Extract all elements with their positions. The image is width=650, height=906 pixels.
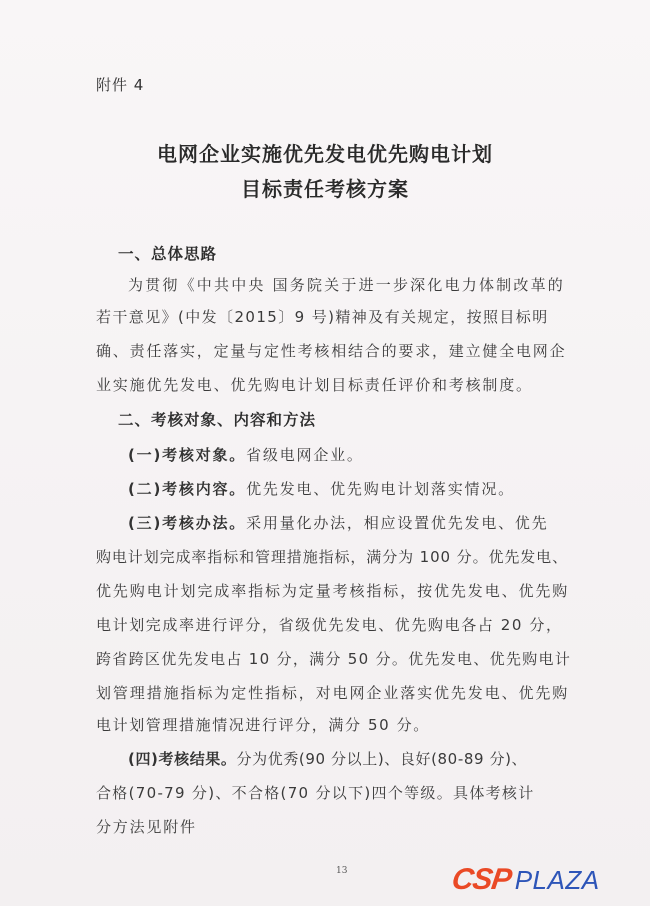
page-number: 13 [336,866,347,876]
item-1-lead: (一)考核对象。 [128,446,246,464]
watermark-plaza-text: PLAZA [515,865,600,896]
document-title-line-2: 目标责任考核方案 [0,173,650,202]
item-3-first-line: 采用量化办法，相应设置优先发电、优先 [246,514,548,532]
item-4-first-line: 分为优秀(90 分以上)、良好(80-89 分)、 [237,750,528,768]
item-2: (二)考核内容。优先发电、优先购电计划落实情况。 [128,478,515,499]
watermark-csp-text: CSP [450,863,513,897]
document-page: 附件 4 电网企业实施优先发电优先购电计划 目标责任考核方案 一、总体思路 为贯… [0,0,650,906]
item-3: (三)考核办法。采用量化办法，相应设置优先发电、优先 [128,512,549,533]
item-4-line-3: 分方法见附件 [96,816,197,837]
item-3-line-2: 购电计划完成率指标和管理措施指标，满分为 100 分。优先发电、 [96,546,568,567]
item-3-line-6: 划管理措施指标为定性指标，对电网企业落实优先发电、优先购 [96,682,569,703]
section-1-line-1: 为贯彻《中共中央 国务院关于进一步深化电力体制改革的 [128,274,565,295]
item-3-line-4: 电计划完成率进行评分，省级优先发电、优先购电各占 20 分， [96,614,563,635]
item-4-line-2: 合格(70-79 分)、不合格(70 分以下)四个等级。具体考核计 [96,782,535,803]
item-2-lead: (二)考核内容。 [128,480,246,498]
section-2-heading: 二、考核对象、内容和方法 [118,408,316,430]
section-1-line-4: 业实施优先发电、优先购电计划目标责任评价和考核制度。 [96,374,533,395]
item-3-line-7: 电计划管理措施情况进行评分，满分 50 分。 [96,714,430,735]
section-1-heading: 一、总体思路 [118,242,217,264]
csp-plaza-watermark-logo: CSP PLAZA [452,862,600,898]
item-4: (四)考核结果。分为优秀(90 分以上)、良好(80-89 分)、 [128,748,527,769]
section-1-line-3: 确、责任落实，定量与定性考核相结合的要求，建立健全电网企 [96,340,566,361]
attachment-label: 附件 4 [96,74,144,95]
item-3-line-5: 跨省跨区优先发电占 10 分，满分 50 分。优先发电、优先购电计 [96,648,571,669]
section-1-line-2: 若干意见》(中发〔2015〕9 号)精神及有关规定，按照目标明 [96,306,549,327]
item-1-text: 省级电网企业。 [246,446,364,464]
item-3-line-3: 优先购电计划完成率指标为定量考核指标，按优先发电、优先购 [96,580,569,601]
item-1: (一)考核对象。省级电网企业。 [128,444,364,465]
item-3-lead: (三)考核办法。 [128,514,246,532]
item-2-text: 优先发电、优先购电计划落实情况。 [246,480,515,498]
item-4-lead: (四)考核结果。 [128,750,237,768]
document-title-line-1: 电网企业实施优先发电优先购电计划 [0,138,650,167]
